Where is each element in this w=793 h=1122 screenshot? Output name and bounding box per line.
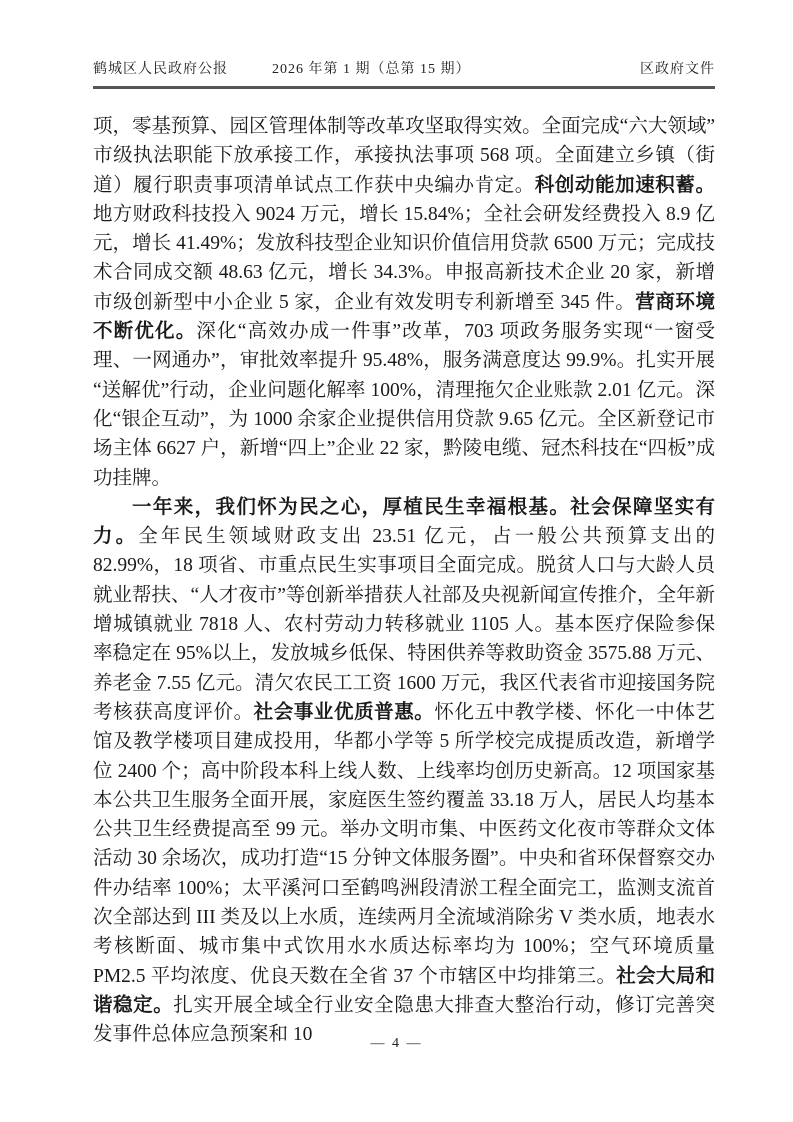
paragraph: 一年来，我们怀为民之心，厚植民生幸福根基。社会保障坚实有力。全年民生领域财政支出…	[93, 493, 715, 1050]
page-number: — 4 —	[371, 1036, 423, 1051]
header-issue-info: 2026 年第 1 期（总第 15 期）	[272, 58, 471, 78]
body-text: 深化“高效办成一件事”改革，703 项政务服务实现“一窗受理、一网通办”，审批效…	[93, 321, 715, 488]
header-publication-title: 鹤城区人民政府公报	[93, 58, 228, 78]
body-text: 全年民生领域财政支出 23.51 亿元，占一般公共预算支出的 82.99%，18…	[93, 526, 715, 723]
body-text: 地方财政科技投入 9024 万元，增长 15.84%；全社会研发经费投入 8.9…	[93, 204, 715, 313]
inline-bold-heading: 社会事业优质普惠。	[254, 701, 435, 723]
document-body: 项，零基预算、园区管理体制等改革攻坚取得实效。全面完成“六大领域”市级执法职能下…	[93, 112, 715, 1050]
page-footer: — 4 —	[0, 1036, 793, 1052]
page-header: 鹤城区人民政府公报 2026 年第 1 期（总第 15 期） 区政府文件	[93, 58, 715, 89]
inline-bold-heading: 科创动能加速积蓄。	[535, 174, 715, 196]
header-section-label: 区政府文件	[640, 58, 715, 78]
body-text: 怀化五中教学楼、怀化一中体艺馆及教学楼项目建成投用，华都小学等 5 所学校完成提…	[93, 702, 715, 987]
paragraph: 项，零基预算、园区管理体制等改革攻坚取得实效。全面完成“六大领域”市级执法职能下…	[93, 112, 715, 493]
document-page: 鹤城区人民政府公报 2026 年第 1 期（总第 15 期） 区政府文件 项，零…	[0, 0, 793, 1122]
